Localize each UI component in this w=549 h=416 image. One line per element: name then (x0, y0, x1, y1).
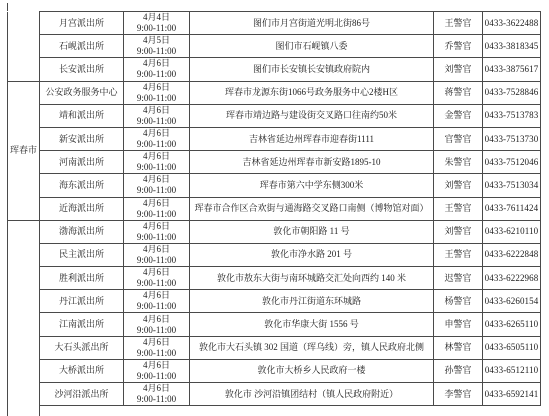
station-name-cell: 石岘派出所 (40, 35, 124, 58)
station-name-cell: 渤海派出所 (40, 220, 124, 243)
date-text: 4月6日 (125, 128, 188, 139)
table-row: 河南派出所4月6日9:00-11:00吉林省延边州珲春市新安路1895-10朱警… (8, 151, 541, 174)
time-text: 9:00-11:00 (125, 162, 188, 173)
table-row: 大桥派出所4月6日9:00-11:00敦化市大桥乡人民政府一楼孙警官0433-6… (8, 359, 541, 382)
table-row: 珲春市公安政务服务中心4月6日9:00-11:00珲春市龙源东街1066号政务服… (8, 81, 541, 104)
phone-number-cell: 0433-3622488 (483, 12, 541, 35)
address-cell: 敦化市大桥乡人民政府一楼 (190, 359, 434, 382)
time-text: 9:00-11:00 (125, 116, 188, 127)
schedule-table-body: 月宫派出所4月4日9:00-11:00图们市月宫街道光明北街86号王警官0433… (8, 12, 541, 406)
phone-number-cell: 0433-6265110 (483, 313, 541, 336)
time-text: 9:00-11:00 (125, 232, 188, 243)
officer-name-cell: 金警官 (434, 104, 483, 127)
station-name-cell: 大桥派出所 (40, 359, 124, 382)
date-time-cell: 4月6日9:00-11:00 (124, 359, 190, 382)
table-row: 胜利派出所4月6日9:00-11:00敦化市敖东大街与南环城路交汇处向西约 14… (8, 267, 541, 290)
time-text: 9:00-11:00 (125, 185, 188, 196)
officer-name-cell: 官警官 (434, 127, 483, 150)
date-text: 4月6日 (125, 82, 188, 93)
time-text: 9:00-11:00 (125, 394, 188, 405)
region-column-right-border-bottom-stub (39, 405, 40, 416)
station-name-cell: 月宫派出所 (40, 12, 124, 35)
station-name-cell: 大石头派出所 (40, 336, 124, 359)
table-row: 石岘派出所4月5日9:00-11:00图们市石岘镇八委乔警官0433-38183… (8, 35, 541, 58)
address-cell: 敦化市敖东大街与南环城路交汇处向西约 140 米 (190, 267, 434, 290)
station-name-cell: 公安政务服务中心 (40, 81, 124, 104)
date-time-cell: 4月6日9:00-11:00 (124, 267, 190, 290)
date-time-cell: 4月6日9:00-11:00 (124, 174, 190, 197)
station-name-cell: 胜利派出所 (40, 267, 124, 290)
table-row: 靖和派出所4月6日9:00-11:00珲春市靖边路与建设街交叉路口往南约50米金… (8, 104, 541, 127)
table-row: 近海派出所4月6日9:00-11:00珲春市合作区合欢街与通海路交叉路口南侧（博… (8, 197, 541, 220)
phone-number-cell: 0433-7513034 (483, 174, 541, 197)
date-text: 4月6日 (125, 290, 188, 301)
time-text: 9:00-11:00 (125, 139, 188, 150)
station-name-cell: 长安派出所 (40, 58, 124, 81)
officer-name-cell: 杨警官 (434, 290, 483, 313)
table-row: 渤海派出所4月6日9:00-11:00敦化市朝阳路 11 号刘警官0433-62… (8, 220, 541, 243)
date-time-cell: 4月6日9:00-11:00 (124, 151, 190, 174)
phone-number-cell: 0433-6505110 (483, 336, 541, 359)
date-time-cell: 4月6日9:00-11:00 (124, 336, 190, 359)
time-text: 9:00-11:00 (125, 301, 188, 312)
time-text: 9:00-11:00 (125, 348, 188, 359)
time-text: 9:00-11:00 (125, 69, 188, 80)
date-time-cell: 4月6日9:00-11:00 (124, 290, 190, 313)
station-name-cell: 江南派出所 (40, 313, 124, 336)
date-text: 4月6日 (125, 314, 188, 325)
address-cell: 敦化市净水路 201 号 (190, 243, 434, 266)
date-time-cell: 4月5日9:00-11:00 (124, 35, 190, 58)
phone-number-cell: 0433-7611424 (483, 197, 541, 220)
phone-number-cell: 0433-7528846 (483, 81, 541, 104)
phone-number-cell: 0433-6260154 (483, 290, 541, 313)
date-time-cell: 4月6日9:00-11:00 (124, 383, 190, 406)
date-time-cell: 4月6日9:00-11:00 (124, 220, 190, 243)
station-name-cell: 丹江派出所 (40, 290, 124, 313)
table-row: 江南派出所4月6日9:00-11:00敦化市华康大街 1556 号申警官0433… (8, 313, 541, 336)
time-text: 9:00-11:00 (125, 325, 188, 336)
station-name-cell: 新安派出所 (40, 127, 124, 150)
address-cell: 图们市长安镇长安镇政府院内 (190, 58, 434, 81)
table-row: 月宫派出所4月4日9:00-11:00图们市月宫街道光明北街86号王警官0433… (8, 12, 541, 35)
date-text: 4月5日 (125, 35, 188, 46)
officer-name-cell: 刘警官 (434, 220, 483, 243)
address-cell: 珲春市合作区合欢街与通海路交叉路口南侧（博物馆对面） (190, 197, 434, 220)
phone-number-cell: 0433-7513783 (483, 104, 541, 127)
phone-number-cell: 0433-7513730 (483, 127, 541, 150)
phone-number-cell: 0433-6210110 (483, 220, 541, 243)
date-time-cell: 4月6日9:00-11:00 (124, 81, 190, 104)
region-cell (8, 12, 40, 82)
phone-number-cell: 0433-6222848 (483, 243, 541, 266)
police-station-schedule-page: 月宫派出所4月4日9:00-11:00图们市月宫街道光明北街86号王警官0433… (0, 0, 549, 416)
address-cell: 珲春市龙源东街1066号政务服务中心2楼H区 (190, 81, 434, 104)
date-text: 4月6日 (125, 174, 188, 185)
officer-name-cell: 王警官 (434, 12, 483, 35)
date-text: 4月6日 (125, 360, 188, 371)
time-text: 9:00-11:00 (125, 46, 188, 57)
officer-name-cell: 王警官 (434, 197, 483, 220)
address-cell: 吉林省延边州珲春市新安路1895-10 (190, 151, 434, 174)
officer-name-cell: 王警官 (434, 243, 483, 266)
time-text: 9:00-11:00 (125, 23, 188, 34)
police-station-schedule-table: 月宫派出所4月4日9:00-11:00图们市月宫街道光明北街86号王警官0433… (7, 11, 541, 406)
date-text: 4月6日 (125, 198, 188, 209)
date-text: 4月6日 (125, 383, 188, 394)
phone-number-cell: 0433-6222968 (483, 267, 541, 290)
station-name-cell: 沙河沿派出所 (40, 383, 124, 406)
table-row: 新安派出所4月6日9:00-11:00吉林省延边州珲春市迎春街1111官警官04… (8, 127, 541, 150)
officer-name-cell: 刘警官 (434, 58, 483, 81)
date-text: 4月6日 (125, 105, 188, 116)
station-name-cell: 近海派出所 (40, 197, 124, 220)
address-cell: 敦化市丹江街道东环城路 (190, 290, 434, 313)
region-cell: 珲春市 (8, 81, 40, 220)
address-cell: 图们市月宫街道光明北街86号 (190, 12, 434, 35)
date-time-cell: 4月4日9:00-11:00 (124, 12, 190, 35)
officer-name-cell: 李警官 (434, 383, 483, 406)
date-time-cell: 4月6日9:00-11:00 (124, 104, 190, 127)
address-cell: 敦化市大石头镇 302 国道（珲乌线）旁，镇人民政府北侧 (190, 336, 434, 359)
officer-name-cell: 朱警官 (434, 151, 483, 174)
date-text: 4月6日 (125, 244, 188, 255)
station-name-cell: 海东派出所 (40, 174, 124, 197)
date-time-cell: 4月6日9:00-11:00 (124, 313, 190, 336)
officer-name-cell: 刘警官 (434, 174, 483, 197)
address-cell: 珲春市第六中学东侧300米 (190, 174, 434, 197)
region-column-left-border-bottom-stub (7, 405, 8, 416)
officer-name-cell: 迟警官 (434, 267, 483, 290)
region-column-left-border-top-stub (7, 3, 8, 11)
phone-number-cell: 0433-6592141 (483, 383, 541, 406)
phone-number-cell: 0433-3875617 (483, 58, 541, 81)
phone-number-cell: 0433-6512110 (483, 359, 541, 382)
table-row: 沙河沿派出所4月6日9:00-11:00敦化市 沙河沿镇团结村（镇人民政府附近）… (8, 383, 541, 406)
date-text: 4月6日 (125, 151, 188, 162)
officer-name-cell: 蒋警官 (434, 81, 483, 104)
officer-name-cell: 乔警官 (434, 35, 483, 58)
officer-name-cell: 申警官 (434, 313, 483, 336)
date-text: 4月6日 (125, 267, 188, 278)
address-cell: 敦化市华康大街 1556 号 (190, 313, 434, 336)
table-row: 民主派出所4月6日9:00-11:00敦化市净水路 201 号王警官0433-6… (8, 243, 541, 266)
time-text: 9:00-11:00 (125, 371, 188, 382)
address-cell: 吉林省延边州珲春市迎春街1111 (190, 127, 434, 150)
time-text: 9:00-11:00 (125, 93, 188, 104)
address-cell: 敦化市 沙河沿镇团结村（镇人民政府附近） (190, 383, 434, 406)
address-cell: 图们市石岘镇八委 (190, 35, 434, 58)
time-text: 9:00-11:00 (125, 278, 188, 289)
date-text: 4月6日 (125, 221, 188, 232)
time-text: 9:00-11:00 (125, 255, 188, 266)
phone-number-cell: 0433-3818345 (483, 35, 541, 58)
date-time-cell: 4月6日9:00-11:00 (124, 127, 190, 150)
phone-number-cell: 0433-7512046 (483, 151, 541, 174)
date-text: 4月6日 (125, 337, 188, 348)
station-name-cell: 民主派出所 (40, 243, 124, 266)
station-name-cell: 靖和派出所 (40, 104, 124, 127)
date-time-cell: 4月6日9:00-11:00 (124, 243, 190, 266)
time-text: 9:00-11:00 (125, 209, 188, 220)
address-cell: 珲春市靖边路与建设街交叉路口往南约50米 (190, 104, 434, 127)
table-row: 海东派出所4月6日9:00-11:00珲春市第六中学东侧300米刘警官0433-… (8, 174, 541, 197)
officer-name-cell: 孙警官 (434, 359, 483, 382)
table-row: 丹江派出所4月6日9:00-11:00敦化市丹江街道东环城路杨警官0433-62… (8, 290, 541, 313)
region-cell (8, 220, 40, 406)
date-time-cell: 4月6日9:00-11:00 (124, 197, 190, 220)
date-text: 4月6日 (125, 58, 188, 69)
table-row: 大石头派出所4月6日9:00-11:00敦化市大石头镇 302 国道（珲乌线）旁… (8, 336, 541, 359)
address-cell: 敦化市朝阳路 11 号 (190, 220, 434, 243)
date-text: 4月4日 (125, 12, 188, 23)
date-time-cell: 4月6日9:00-11:00 (124, 58, 190, 81)
station-name-cell: 河南派出所 (40, 151, 124, 174)
officer-name-cell: 林警官 (434, 336, 483, 359)
table-row: 长安派出所4月6日9:00-11:00图们市长安镇长安镇政府院内刘警官0433-… (8, 58, 541, 81)
